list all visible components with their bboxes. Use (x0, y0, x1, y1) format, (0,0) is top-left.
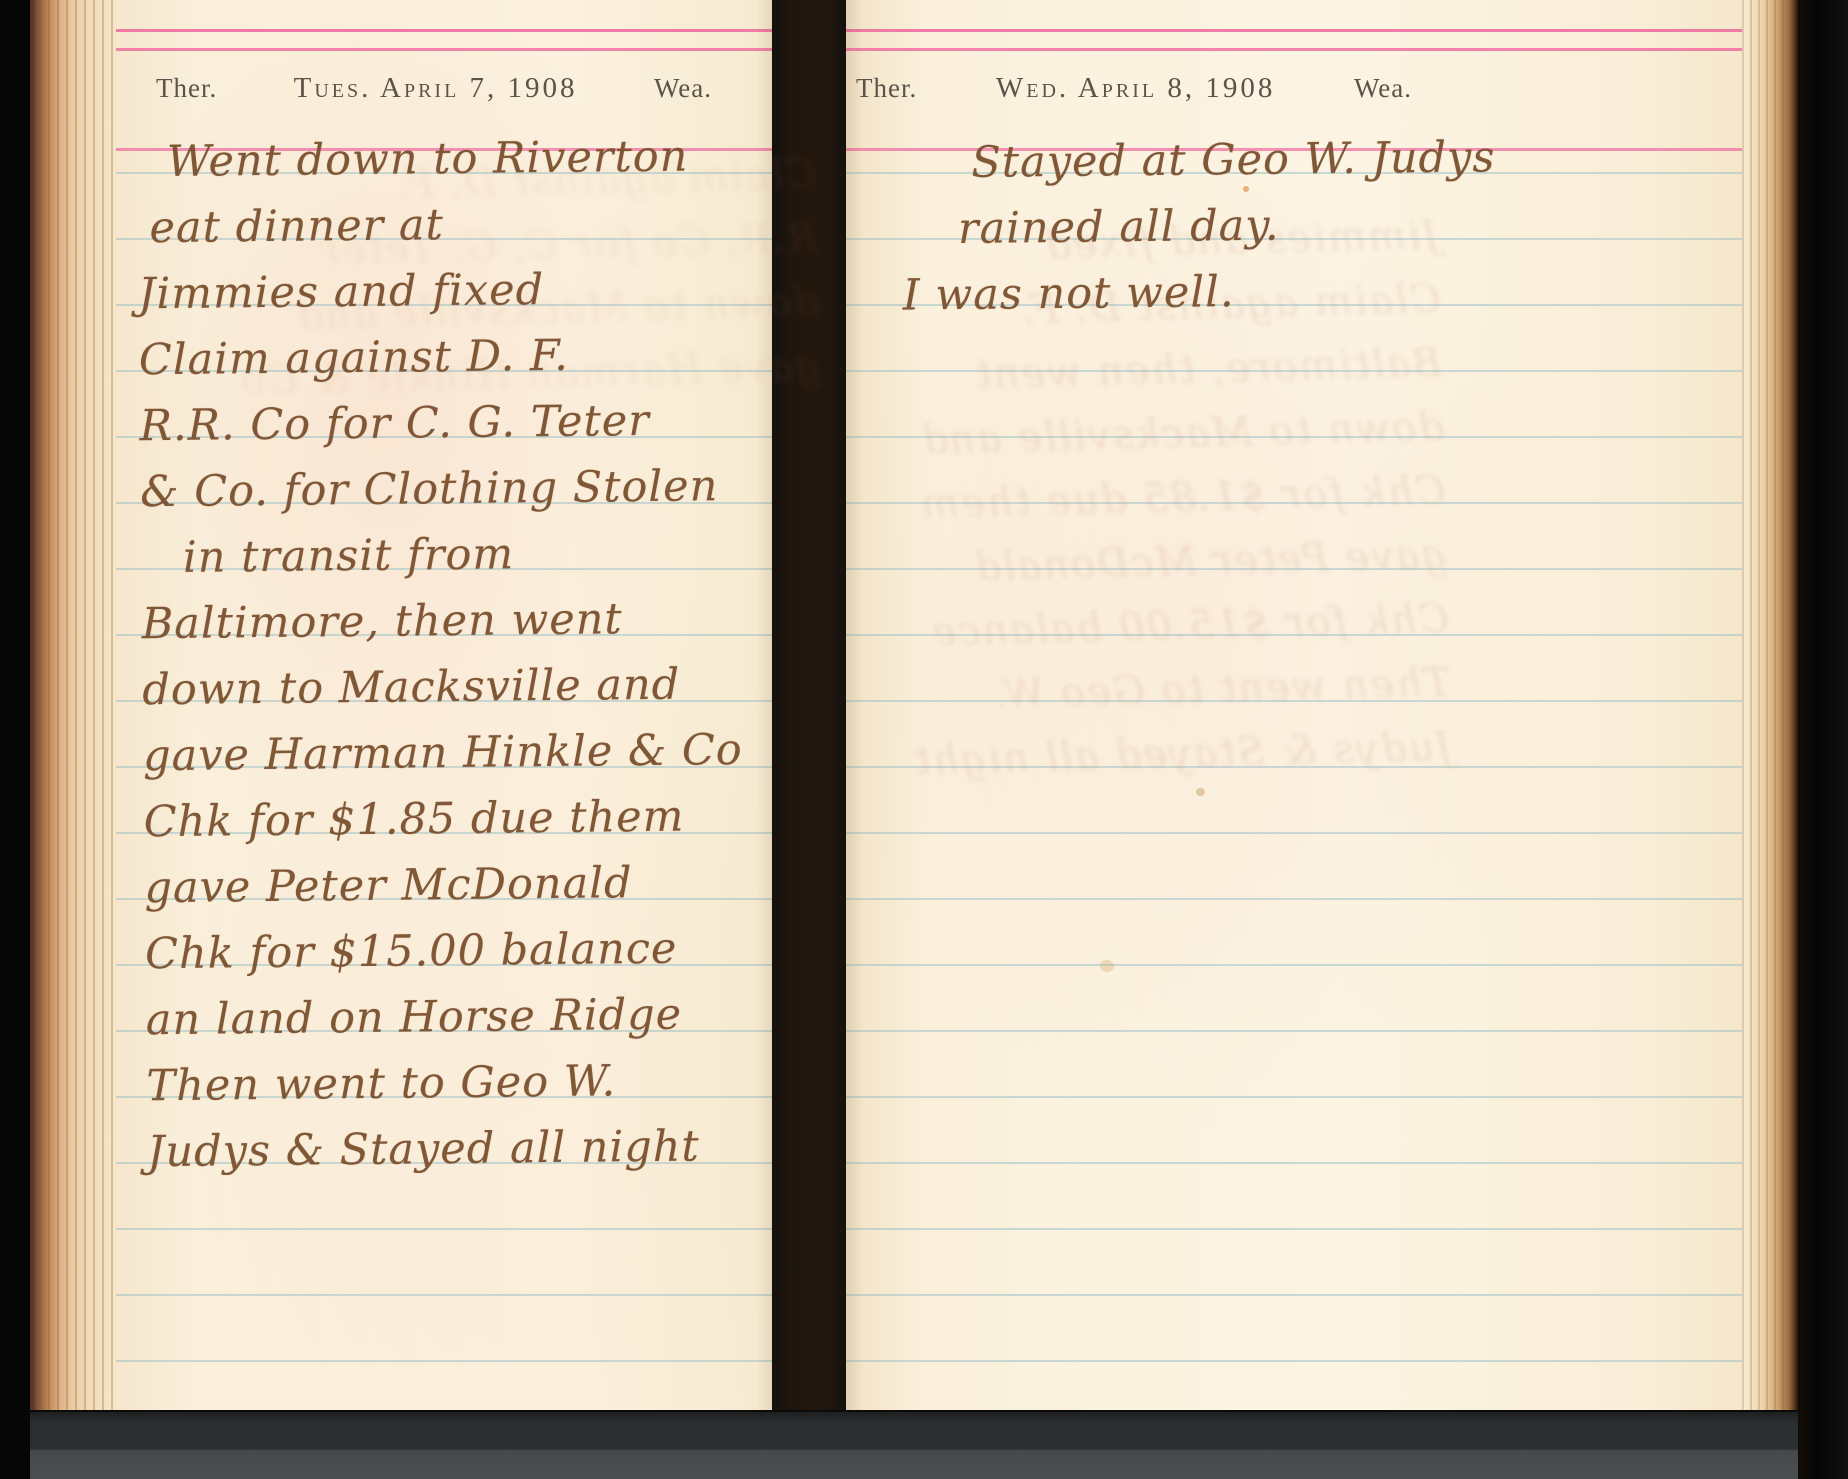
entry-line: Went down to Riverton (136, 123, 763, 196)
diary-page-left: Ther. Tues. April 7, 1908 Wea. Claim aga… (116, 0, 772, 1410)
wea-label: Wea. (654, 73, 712, 104)
entry-line: I was not well. (942, 254, 1739, 328)
entry-line: Jimmies and fixed (138, 255, 765, 328)
entry-line: Judys & Stayed all night (147, 1113, 774, 1186)
date-heading: Wed. April 8, 1908 (996, 72, 1275, 105)
entry-line: eat dinner at (137, 189, 764, 262)
pink-head-rule (846, 29, 1742, 51)
pink-head-rule (116, 29, 772, 51)
entry-line: & Co. for Clothing Stolen (140, 453, 767, 526)
ther-label: Ther. (856, 73, 917, 104)
entry-line: an land on Horse Ridge (145, 981, 772, 1054)
wea-label: Wea. (1354, 73, 1412, 104)
entry-line: R.R. Co for C. G. Teter (139, 387, 766, 460)
entry-line: Chk for $15.00 balance (145, 915, 772, 988)
diary-page-right: Ther. Wed. April 8, 1908 Wea. Jimmies an… (846, 0, 1742, 1410)
entry-line: Stayed at Geo W. Judys (941, 122, 1738, 196)
scanner-tray-bottom (0, 1412, 1848, 1479)
entry-line: in transit from (141, 519, 768, 592)
scanned-diary-spread: Ther. Tues. April 7, 1908 Wea. Claim aga… (0, 0, 1848, 1479)
diary-entry-right: Stayed at Geo W. Judys rained all day. I… (941, 122, 1739, 328)
scan-margin-right (1798, 0, 1848, 1479)
entry-line: down to Macksville and (142, 651, 769, 724)
diary-entry-left: Went down to Riverton eat dinner at Jimm… (136, 123, 773, 1185)
scan-margin-left (0, 0, 30, 1479)
entry-line: Chk for $1.85 due them (143, 783, 770, 856)
printed-header-left: Ther. Tues. April 7, 1908 Wea. (156, 72, 712, 112)
entry-line: Baltimore, then went (141, 585, 768, 658)
page-edges-left (30, 0, 116, 1410)
ther-label: Ther. (156, 73, 217, 104)
date-heading: Tues. April 7, 1908 (294, 72, 578, 105)
entry-line: gave Harman Hinkle & Co (143, 717, 770, 790)
printed-header-right: Ther. Wed. April 8, 1908 Wea. (856, 72, 1412, 112)
entry-line: Claim against D. F. (139, 321, 766, 394)
entry-line: gave Peter McDonald (144, 849, 771, 922)
entry-line: rained all day. (942, 188, 1739, 262)
page-edges-right (1742, 0, 1798, 1410)
entry-line: Then went to Geo W. (146, 1047, 773, 1120)
